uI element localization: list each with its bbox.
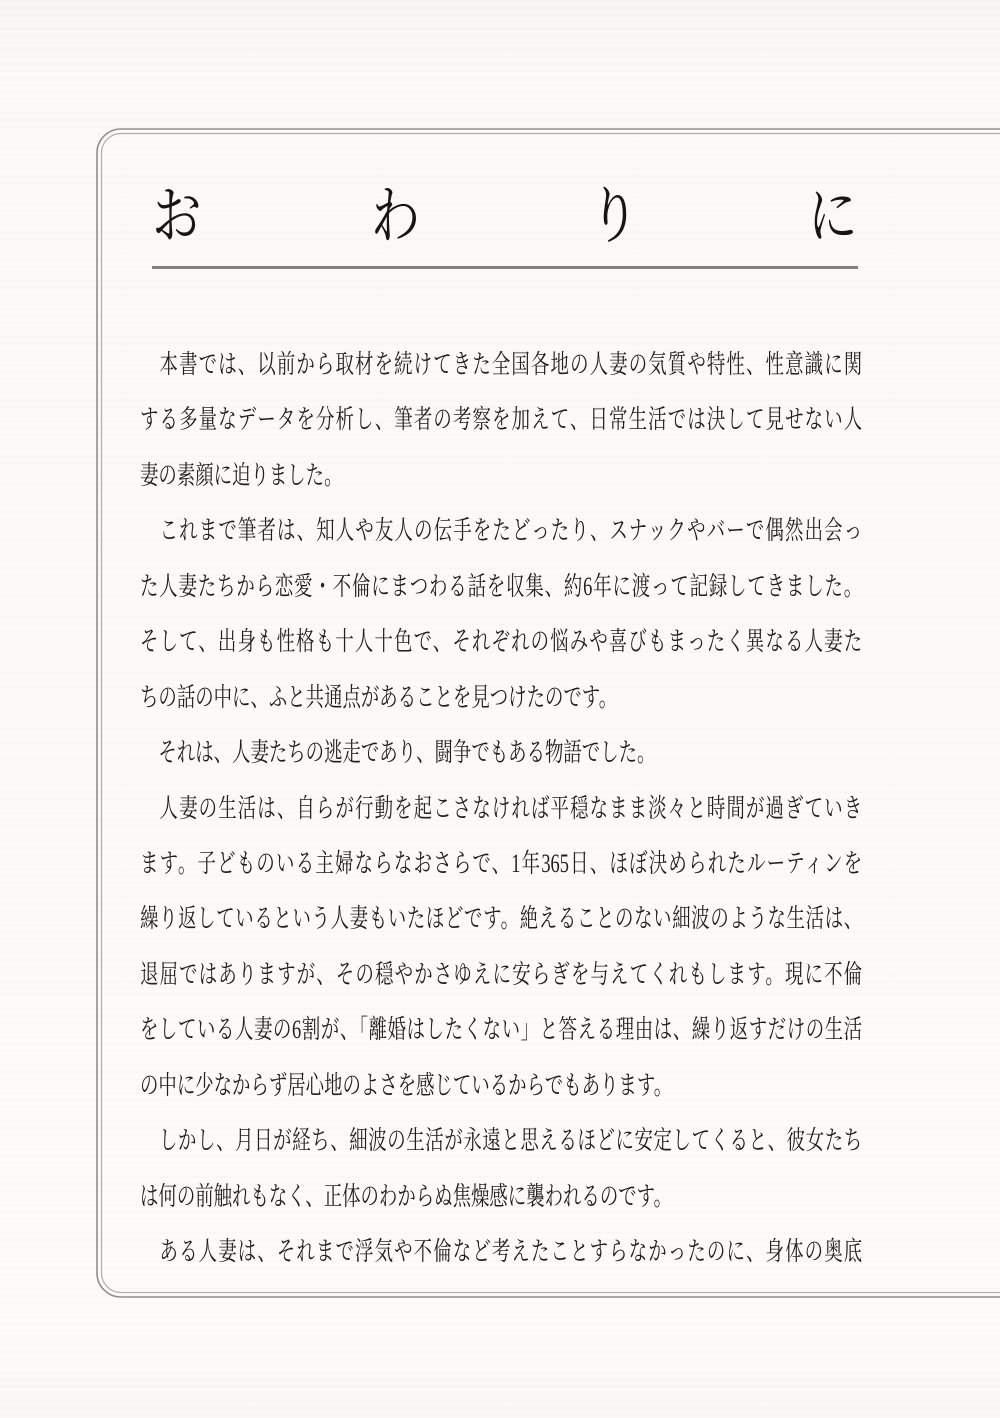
text-line: をしている人妻の6割が、「離婚はしたくない」と答える理由は、繰り返すだけの生活	[140, 1002, 862, 1057]
page-title: お わ り に	[152, 180, 858, 254]
text-line: 人妻の生活は、自らが行動を起こさなければ平穏なまま淡々と時間が過ぎていき	[140, 781, 862, 836]
text-line: する多量なデータを分析し、筆者の考察を加えて、日常生活では決して見せない人	[140, 392, 862, 447]
text-line: 本書では、以前から取材を続けてきた全国各地の人妻の気質や特性、性意識に関	[140, 337, 862, 392]
text-line: それは、人妻たちの逃走であり、闘争でもある物語でした。	[140, 725, 862, 780]
body-text: 本書では、以前から取材を続けてきた全国各地の人妻の気質や特性、性意識に関 する多…	[140, 337, 862, 1279]
title-char: り	[589, 180, 639, 254]
text-line: 妻の素顔に迫りました。	[140, 448, 862, 503]
book-page: お わ り に 本書では、以前から取材を続けてきた全国各地の人妻の気質や特性、性…	[0, 0, 1000, 1418]
text-line: ちの話の中に、ふと共通点があることを見つけたのです。	[140, 670, 862, 725]
text-line: 退屈ではありますが、その穏やかさゆえに安らぎを与えてくれもします。現に不倫	[140, 947, 862, 1002]
text-line: これまで筆者は、知人や友人の伝手をたどったり、スナックやバーで偶然出会っ	[140, 503, 862, 558]
text-line: の中に少なからず居心地のよさを感じているからでもあります。	[140, 1058, 862, 1113]
title-char: わ	[371, 180, 421, 254]
text-line: しかし、月日が経ち、細波の生活が永遠と思えるほどに安定してくると、彼女たち	[140, 1113, 862, 1168]
title-char: お	[152, 180, 202, 254]
text-line: た人妻たちから恋愛・不倫にまつわる話を収集、約6年に渡って記録してきました。	[140, 559, 862, 614]
title-divider	[152, 266, 858, 269]
text-line: 繰り返しているという人妻もいたほどです。絶えることのない細波のような生活は、	[140, 891, 862, 946]
text-line: は何の前触れもなく、正体のわからぬ焦燥感に襲われるのです。	[140, 1169, 862, 1224]
text-line: ある人妻は、それまで浮気や不倫など考えたことすらなかったのに、身体の奥底	[140, 1224, 862, 1279]
title-char: に	[808, 180, 858, 254]
text-line: ます。子どものいる主婦ならなおさらで、1年365日、ほぼ決められたルーティンを	[140, 836, 862, 891]
text-line: そして、出身も性格も十人十色で、それぞれの悩みや喜びもまったく異なる人妻た	[140, 614, 862, 669]
